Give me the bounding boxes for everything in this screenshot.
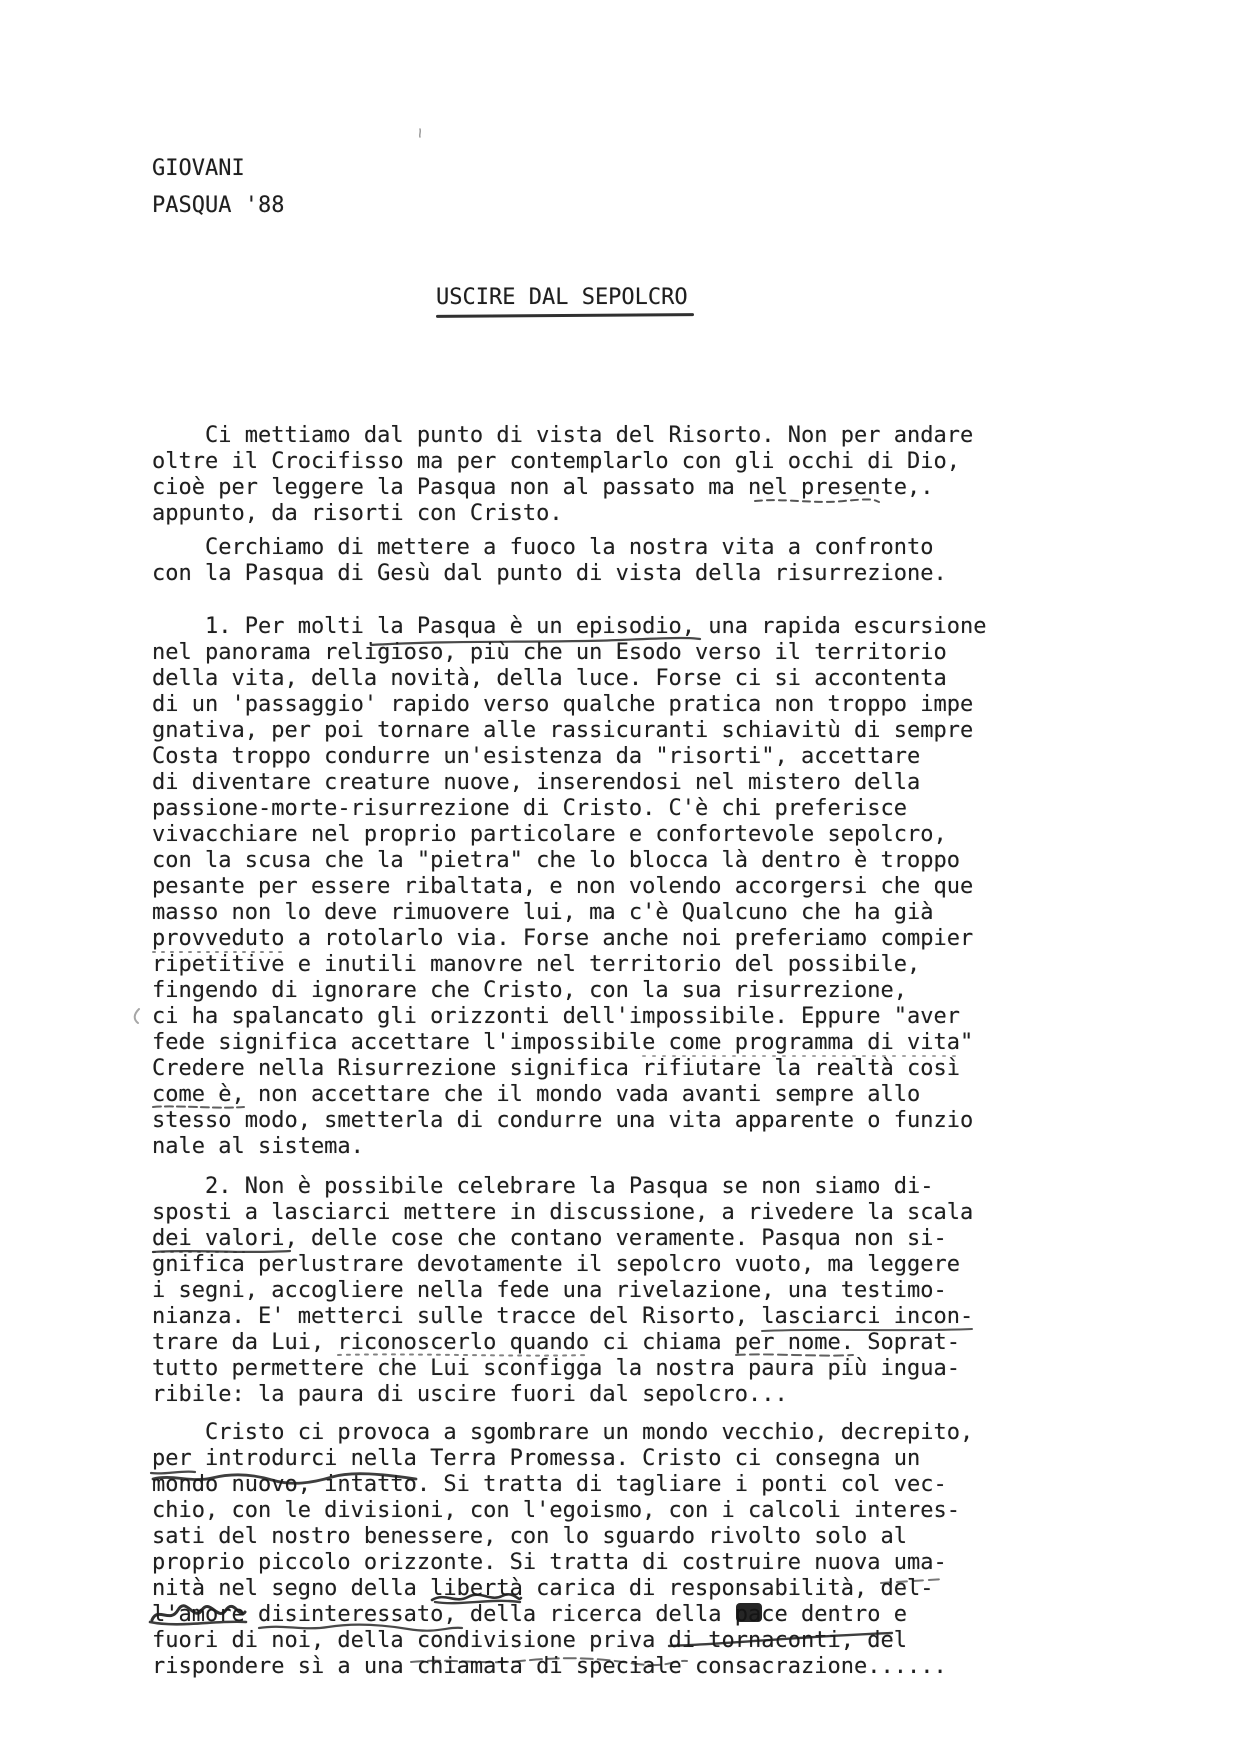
text-line: Cristo ci provoca a sgombrare un mondo v… xyxy=(152,1420,986,1446)
text-line: i segni, accogliere nella fede una rivel… xyxy=(152,1278,986,1304)
title-underline xyxy=(436,313,694,318)
text-line: provveduto a rotolarlo via. Forse anche … xyxy=(152,926,986,952)
text-line: Cerchiamo di mettere a fuoco la nostra v… xyxy=(152,535,986,561)
text-line: per introdurci nella Terra Promessa. Cri… xyxy=(152,1446,986,1472)
paragraph-1: Ci mettiamo dal punto di vista del Risor… xyxy=(152,423,986,527)
paragraph-lines: Cerchiamo di mettere a fuoco la nostra v… xyxy=(152,535,986,587)
text-line: fede significa accettare l'impossibile c… xyxy=(152,1030,986,1056)
text-line: oltre il Crocifisso ma per contemplarlo … xyxy=(152,449,986,475)
text-line: fingendo di ignorare che Cristo, con la … xyxy=(152,978,986,1004)
text-line: masso non lo deve rimuovere lui, ma c'è … xyxy=(152,900,986,926)
paragraph-lines: Cristo ci provoca a sgombrare un mondo v… xyxy=(152,1420,986,1680)
text-line: tutto permettere che Lui sconfigga la no… xyxy=(152,1356,986,1382)
text-line: nale al sistema. xyxy=(152,1134,986,1160)
text-line: 2. Non è possibile celebrare la Pasqua s… xyxy=(152,1174,986,1200)
page-content: GIOVANIPASQUA '88 USCIRE DAL SEPOLCRO Ci… xyxy=(152,150,986,1680)
text-line: stesso modo, smetterla di condurre una v… xyxy=(152,1108,986,1134)
scan-artifact xyxy=(130,1008,142,1024)
text-line: chio, con le divisioni, con l'egoismo, c… xyxy=(152,1498,986,1524)
text-line: 1. Per molti la Pasqua è un episodio, un… xyxy=(152,614,986,640)
text-line: trare da Lui, riconoscerlo quando ci chi… xyxy=(152,1330,986,1356)
text-line: passione-morte-risurrezione di Cristo. C… xyxy=(152,796,986,822)
text-line: nianza. E' metterci sulle tracce del Ris… xyxy=(152,1304,986,1330)
text-line: Credere nella Risurrezione significa rif… xyxy=(152,1056,986,1082)
scan-artifact xyxy=(416,128,424,138)
text-line: fuori di noi, della condivisione priva d… xyxy=(152,1628,986,1654)
doc-header: GIOVANIPASQUA '88 xyxy=(152,150,986,224)
text-line: dei valori, delle cose che contano veram… xyxy=(152,1226,986,1252)
page-title: USCIRE DAL SEPOLCRO xyxy=(436,284,694,311)
title-block: USCIRE DAL SEPOLCRO xyxy=(436,284,694,317)
paragraph-5: Cristo ci provoca a sgombrare un mondo v… xyxy=(152,1420,986,1680)
text-line: gnifica perlustrare devotamente il sepol… xyxy=(152,1252,986,1278)
text-line: ripetitive e inutili manovre nel territo… xyxy=(152,952,986,978)
text-line: mondo nuovo, intatto. Si tratta di tagli… xyxy=(152,1472,986,1498)
text-line: ribile: la paura di uscire fuori dal sep… xyxy=(152,1382,986,1408)
text-line: rispondere sì a una chiamata di speciale… xyxy=(152,1654,986,1680)
text-line: con la Pasqua di Gesù dal punto di vista… xyxy=(152,561,986,587)
text-line: gnativa, per poi tornare alle rassicuran… xyxy=(152,718,986,744)
text-line: pesante per essere ribaltata, e non vole… xyxy=(152,874,986,900)
text-line: Ci mettiamo dal punto di vista del Risor… xyxy=(152,423,986,449)
text-line: sposti a lasciarci mettere in discussion… xyxy=(152,1200,986,1226)
text-line: nel panorama religioso, più che un Esodo… xyxy=(152,640,986,666)
document-page: GIOVANIPASQUA '88 USCIRE DAL SEPOLCRO Ci… xyxy=(0,0,1240,1755)
text-line: GIOVANI xyxy=(152,150,986,187)
text-line: della vita, della novità, della luce. Fo… xyxy=(152,666,986,692)
text-line: PASQUA '88 xyxy=(152,187,986,224)
paragraph-3: 1. Per molti la Pasqua è un episodio, un… xyxy=(152,614,986,1160)
paragraph-4: 2. Non è possibile celebrare la Pasqua s… xyxy=(152,1174,986,1408)
text-line: appunto, da risorti con Cristo. xyxy=(152,501,986,527)
text-line: come è, non accettare che il mondo vada … xyxy=(152,1082,986,1108)
text-line: vivacchiare nel proprio particolare e co… xyxy=(152,822,986,848)
text-line: sati del nostro benessere, con lo sguard… xyxy=(152,1524,986,1550)
text-line: proprio piccolo orizzonte. Si tratta di … xyxy=(152,1550,986,1576)
paragraph-lines: Ci mettiamo dal punto di vista del Risor… xyxy=(152,423,986,527)
text-line: nità nel segno della libertà carica di r… xyxy=(152,1576,986,1602)
text-line: di un 'passaggio' rapido verso qualche p… xyxy=(152,692,986,718)
text-line: ci ha spalancato gli orizzonti dell'impo… xyxy=(152,1004,986,1030)
text-line: con la scusa che la "pietra" che lo bloc… xyxy=(152,848,986,874)
text-line: l'amore disinteressato, della ricerca de… xyxy=(152,1602,986,1628)
paragraph-lines: 2. Non è possibile celebrare la Pasqua s… xyxy=(152,1174,986,1408)
paragraph-lines: 1. Per molti la Pasqua è un episodio, un… xyxy=(152,614,986,1160)
text-line: cioè per leggere la Pasqua non al passat… xyxy=(152,475,986,501)
paragraph-2: Cerchiamo di mettere a fuoco la nostra v… xyxy=(152,535,986,587)
text-line: di diventare creature nuove, inserendosi… xyxy=(152,770,986,796)
text-line: Costa troppo condurre un'esistenza da "r… xyxy=(152,744,986,770)
